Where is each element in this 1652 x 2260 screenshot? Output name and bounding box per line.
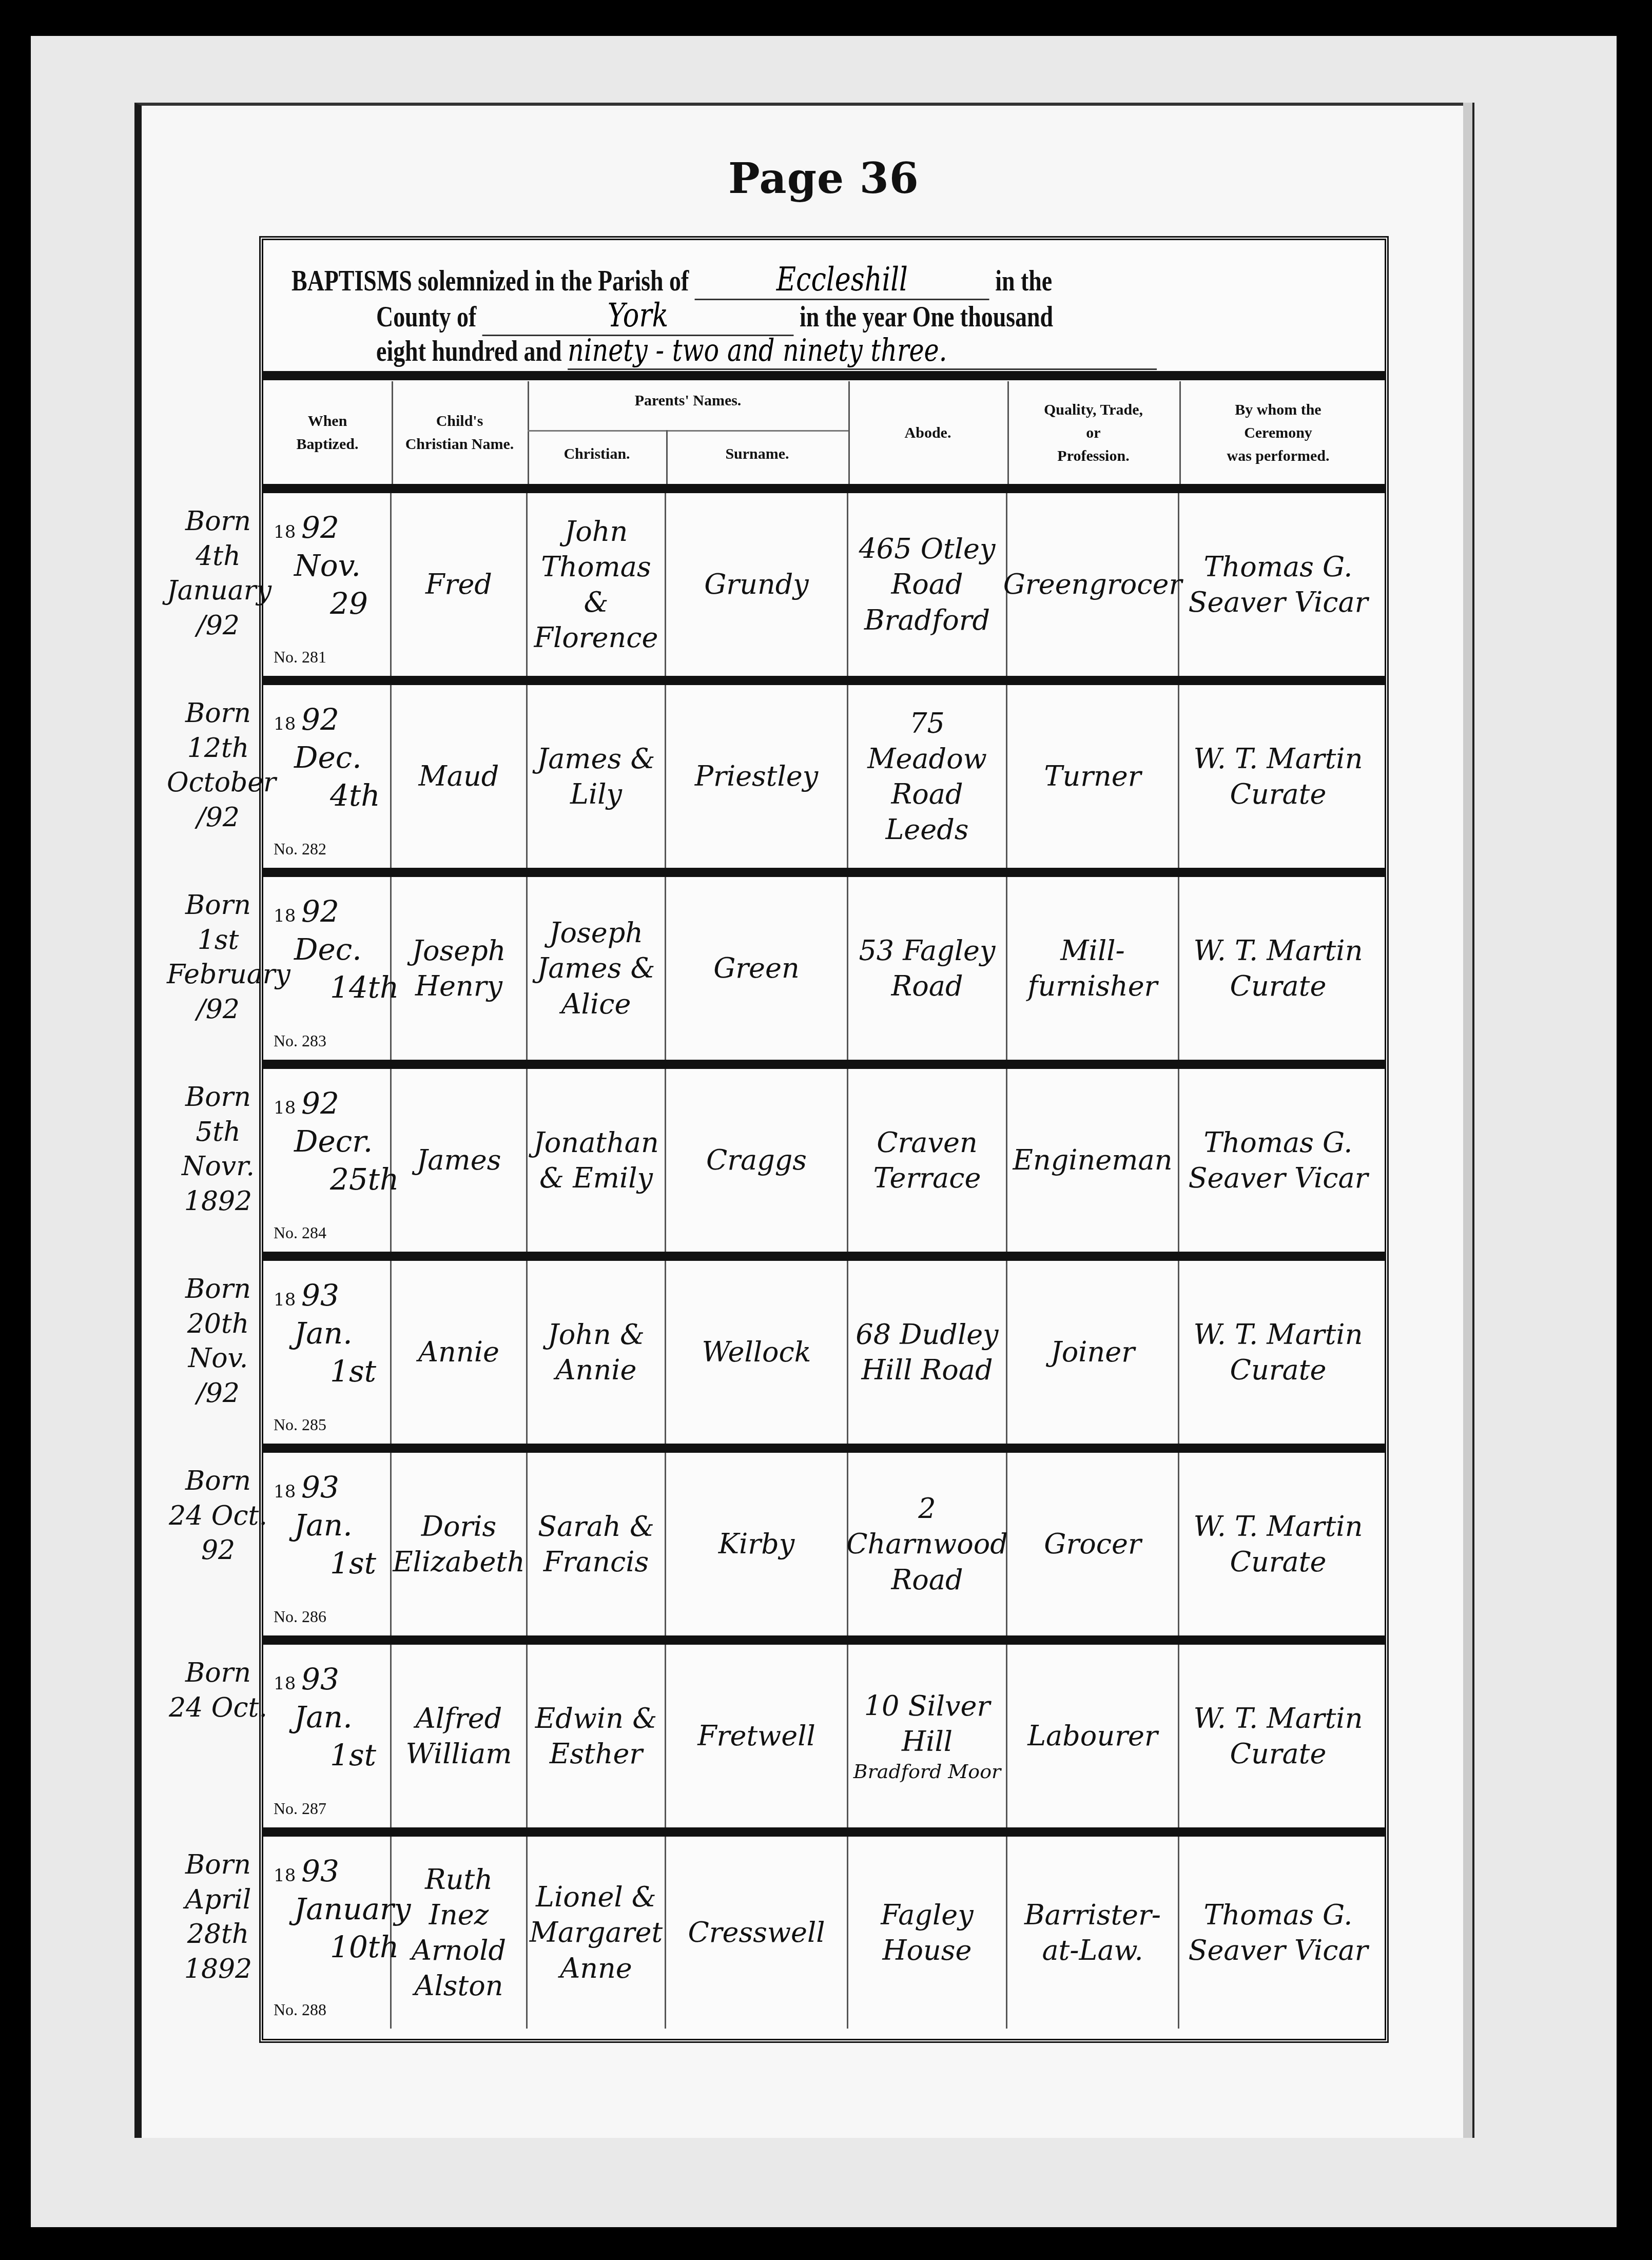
parish-name: Eccleshill	[695, 261, 989, 300]
parents-christian-names: John Thomas & Florence	[532, 514, 660, 655]
cell-trade: Grocer	[1007, 1453, 1179, 1635]
year-suffix: 93	[301, 1278, 339, 1313]
year-prefix: 18	[274, 1673, 296, 1694]
margin-birth-note: Born 24 Oct.	[167, 1656, 269, 1725]
register-entry: 18 92 Decr. 25th No. 284 James Jonathan …	[263, 1069, 1385, 1261]
col-header-text: Christian Name.	[392, 433, 528, 456]
margin-birth-note: Born 5th Novr. 1892	[167, 1080, 269, 1219]
header-label: BAPTISMS solemnized in the Parish of	[291, 265, 689, 297]
child-name: Joseph Henry	[396, 933, 522, 1004]
trade: Engineman	[1013, 1142, 1173, 1178]
child-name: Annie	[418, 1334, 499, 1370]
trade: Labourer	[1027, 1718, 1158, 1754]
parents-christian-names: Edwin & Esther	[532, 1701, 660, 1771]
cell-trade: Joiner	[1007, 1261, 1179, 1444]
cell-abode: 2 Charnwood Road	[848, 1453, 1007, 1635]
register-entry: 18 92 Dec. 4th No. 282 Maud James & Lily…	[263, 685, 1385, 877]
baptism-month: Nov.	[294, 547, 361, 585]
child-name: Fred	[425, 567, 492, 602]
parents-christian-names: Sarah & Francis	[532, 1509, 660, 1580]
col-header-text: Parents' Names.	[528, 389, 848, 412]
abode: Craven Terrace	[852, 1125, 1002, 1196]
cell-trade: Greengrocer	[1007, 493, 1179, 676]
header-label: eight hundred and	[376, 336, 562, 367]
col-header-when-baptized: When Baptized.	[263, 381, 393, 484]
surname: Priestley	[695, 758, 819, 794]
abode: 75 Meadow Road Leeds	[852, 706, 1002, 847]
year-prefix: 18	[274, 1865, 296, 1886]
entry-number: No. 288	[274, 1999, 326, 2020]
trade: Mill-furnisher	[1012, 933, 1174, 1004]
header-line-1: BAPTISMS solemnized in the Parish of Ecc…	[291, 261, 1052, 300]
cell-trade: Engineman	[1007, 1069, 1179, 1252]
col-header-trade: Quality, Trade, or Profession.	[1007, 381, 1181, 484]
cell-parents-christian: Jonathan & Emily	[528, 1069, 666, 1252]
officiant: W. T. Martin Curate	[1183, 1701, 1373, 1771]
margin-birth-note: Born April 28th 1892	[167, 1848, 269, 1986]
page-title: Page 36	[716, 154, 931, 203]
entry-number: No. 284	[274, 1222, 326, 1243]
col-header-text: was performed.	[1179, 444, 1377, 467]
cell-parents-christian: John Thomas & Florence	[528, 493, 666, 676]
cell-abode: 53 Fagley Road	[848, 877, 1007, 1060]
col-header-text: By whom the	[1179, 398, 1377, 421]
officiant: W. T. Martin Curate	[1183, 933, 1373, 1004]
officiant: Thomas G. Seaver Vicar	[1183, 549, 1373, 620]
col-header-text: Baptized.	[263, 433, 392, 456]
col-header-parents-christian: Christian.	[528, 445, 666, 463]
register-entry: 18 93 Jan. 1st No. 285 Annie John & Anni…	[263, 1261, 1385, 1453]
baptism-day: 14th	[330, 968, 399, 1006]
abode: 68 Dudley Hill Road	[852, 1317, 1002, 1388]
trade: Joiner	[1051, 1334, 1135, 1370]
header-label: County of	[376, 301, 476, 333]
trade: Grocer	[1044, 1526, 1141, 1562]
parents-christian-names: James & Lily	[532, 741, 660, 812]
register-entry: 18 93 January 10th No. 288 Ruth Inez Arn…	[263, 1837, 1385, 2029]
baptism-month: Jan.	[294, 1314, 353, 1352]
year-suffix: 93	[301, 1470, 339, 1505]
cell-by-whom: W. T. Martin Curate	[1179, 1453, 1377, 1635]
cell-child-name: Alfred William	[392, 1645, 528, 1827]
cell-abode: 10 Silver Hill Bradford Moor	[848, 1645, 1007, 1827]
cell-child-name: Doris Elizabeth	[392, 1453, 528, 1635]
parents-christian-names: Lionel & Margaret Anne	[530, 1879, 663, 1985]
cell-when-baptized: 18 93 Jan. 1st No. 285	[263, 1261, 392, 1444]
entry-number: No. 281	[274, 647, 326, 668]
cell-abode: Fagley House	[848, 1837, 1007, 2029]
cell-parents-surname: Priestley	[666, 685, 848, 868]
year-suffix: 93	[301, 1662, 339, 1697]
col-header-text: Profession.	[1007, 444, 1179, 467]
entries-list: 18 92 Nov. 29 No. 281 Fred John Thomas &…	[263, 493, 1385, 2030]
cell-when-baptized: 18 92 Decr. 25th No. 284	[263, 1069, 392, 1252]
abode: 465 Otley Road Bradford	[852, 531, 1002, 637]
col-header-parents: Parents' Names.	[528, 381, 850, 484]
margin-birth-note: Born 24 Oct. 92	[167, 1464, 269, 1568]
cell-by-whom: W. T. Martin Curate	[1179, 877, 1377, 1060]
cell-child-name: Maud	[392, 685, 528, 868]
register-entry: 18 92 Nov. 29 No. 281 Fred John Thomas &…	[263, 493, 1385, 685]
col-header-text: Ceremony	[1179, 421, 1377, 444]
col-header-parents-surname: Surname.	[666, 445, 848, 463]
baptism-day: 1st	[330, 1352, 376, 1390]
cell-parents-christian: John & Annie	[528, 1261, 666, 1444]
col-header-by-whom: By whom the Ceremony was performed.	[1179, 381, 1377, 484]
baptism-day: 4th	[330, 776, 380, 814]
header-line-3: eight hundred and ninety - two and ninet…	[376, 333, 1157, 370]
cell-by-whom: Thomas G. Seaver Vicar	[1179, 493, 1377, 676]
trade: Barrister-at-Law.	[1012, 1897, 1174, 1968]
officiant: W. T. Martin Curate	[1183, 1509, 1373, 1580]
surname: Fretwell	[697, 1718, 815, 1754]
surname: Wellock	[702, 1334, 811, 1370]
year-text: ninety - two and ninety three.	[568, 333, 1157, 370]
baptism-year: 18 92	[274, 892, 339, 930]
cell-trade: Mill-furnisher	[1007, 877, 1179, 1060]
cell-parents-surname: Grundy	[666, 493, 848, 676]
baptism-day: 29	[330, 585, 368, 622]
year-prefix: 18	[274, 714, 296, 734]
margin-birth-note: Born 4th January /92	[167, 504, 269, 643]
baptism-year: 18 93	[274, 1660, 339, 1698]
surname: Cresswell	[688, 1915, 825, 1950]
col-header-text: Abode.	[848, 421, 1007, 444]
baptism-year: 18 93	[274, 1852, 339, 1890]
trade: Turner	[1044, 758, 1141, 794]
cell-parents-surname: Kirby	[666, 1453, 848, 1635]
baptism-month: Jan.	[294, 1698, 353, 1736]
year-prefix: 18	[274, 1290, 296, 1310]
cell-trade: Turner	[1007, 685, 1179, 868]
baptism-day: 10th	[330, 1928, 399, 1966]
cell-parents-surname: Wellock	[666, 1261, 848, 1444]
cell-parents-surname: Cresswell	[666, 1837, 848, 2029]
year-suffix: 92	[301, 894, 339, 929]
col-header-child-name: Child's Christian Name.	[392, 381, 529, 484]
surname: Grundy	[704, 567, 809, 602]
cell-trade: Barrister-at-Law.	[1007, 1837, 1179, 2029]
cell-abode: Craven Terrace	[848, 1069, 1007, 1252]
trade: Greengrocer	[1003, 567, 1182, 602]
entry-number: No. 285	[274, 1414, 326, 1435]
entry-number: No. 282	[274, 839, 326, 860]
surname: Craggs	[706, 1142, 807, 1178]
parents-christian-names: John & Annie	[532, 1317, 660, 1388]
child-name: Alfred William	[396, 1701, 522, 1771]
col-header-text: Quality, Trade,	[1007, 398, 1179, 421]
child-name: Doris Elizabeth	[393, 1509, 525, 1580]
parents-christian-names: Joseph James & Alice	[532, 915, 660, 1021]
cell-parents-surname: Craggs	[666, 1069, 848, 1252]
cell-parents-christian: Lionel & Margaret Anne	[528, 1837, 666, 2029]
margin-birth-note: Born 1st February /92	[167, 888, 269, 1027]
cell-by-whom: W. T. Martin Curate	[1179, 685, 1377, 868]
baptism-day: 25th	[330, 1160, 399, 1198]
cell-parents-surname: Fretwell	[666, 1645, 848, 1827]
officiant: Thomas G. Seaver Vicar	[1183, 1125, 1373, 1196]
cell-when-baptized: 18 93 January 10th No. 288	[263, 1837, 392, 2029]
year-suffix: 92	[301, 702, 339, 737]
surname: Green	[713, 950, 800, 986]
cell-abode: 75 Meadow Road Leeds	[848, 685, 1007, 868]
year-suffix: 92	[301, 1086, 339, 1121]
entry-number: No. 287	[274, 1798, 326, 1819]
child-name: Maud	[419, 758, 499, 794]
baptism-month: Dec.	[294, 738, 362, 776]
cell-parents-surname: Green	[666, 877, 848, 1060]
abode: 53 Fagley Road	[852, 933, 1002, 1004]
year-suffix: 92	[301, 510, 339, 545]
entry-number: No. 286	[274, 1606, 326, 1627]
officiant: Thomas G. Seaver Vicar	[1183, 1897, 1373, 1968]
margin-birth-note: Born 20th Nov. /92	[167, 1272, 269, 1411]
cell-child-name: Joseph Henry	[392, 877, 528, 1060]
col-header-text: or	[1007, 421, 1179, 444]
parents-christian-names: Jonathan & Emily	[532, 1125, 660, 1196]
baptism-month: Dec.	[294, 930, 362, 968]
cell-by-whom: Thomas G. Seaver Vicar	[1179, 1069, 1377, 1252]
register-entry: 18 93 Jan. 1st No. 287 Alfred William Ed…	[263, 1645, 1385, 1837]
header-label: in the	[995, 265, 1052, 297]
cell-parents-christian: Joseph James & Alice	[528, 877, 666, 1060]
cell-child-name: Fred	[392, 493, 528, 676]
surname: Kirby	[718, 1526, 795, 1562]
cell-child-name: James	[392, 1069, 528, 1252]
header-label: in the year One thousand	[800, 301, 1053, 333]
abode: 10 Silver Hill	[852, 1688, 1002, 1759]
county-name: York	[482, 297, 794, 336]
margin-birth-note: Born 12th October /92	[167, 696, 269, 835]
header-rule	[263, 371, 1385, 380]
year-prefix: 18	[274, 906, 296, 926]
baptism-year: 18 92	[274, 1084, 339, 1122]
officiant: W. T. Martin Curate	[1183, 741, 1373, 812]
register-entry: 18 92 Dec. 14th No. 283 Joseph Henry Jos…	[263, 877, 1385, 1069]
year-suffix: 93	[301, 1854, 339, 1888]
register-entry: 18 93 Jan. 1st No. 286 Doris Elizabeth S…	[263, 1453, 1385, 1645]
baptism-year: 18 92	[274, 509, 339, 547]
baptism-year: 18 93	[274, 1468, 339, 1506]
cell-when-baptized: 18 92 Dec. 4th No. 282	[263, 685, 392, 868]
cell-abode: 465 Otley Road Bradford	[848, 493, 1007, 676]
cell-parents-christian: James & Lily	[528, 685, 666, 868]
abode-detail: Bradford Moor	[853, 1759, 1001, 1784]
baptism-month: Decr.	[294, 1122, 373, 1160]
abode: Fagley House	[852, 1897, 1002, 1968]
abode: 2 Charnwood Road	[846, 1491, 1008, 1597]
baptism-register-form: BAPTISMS solemnized in the Parish of Ecc…	[259, 236, 1389, 2043]
cell-by-whom: Thomas G. Seaver Vicar	[1179, 1837, 1377, 2029]
cell-by-whom: W. T. Martin Curate	[1179, 1645, 1377, 1827]
year-prefix: 18	[274, 1098, 296, 1118]
col-header-text: Child's	[392, 410, 528, 433]
col-header-abode: Abode.	[848, 381, 1009, 484]
col-header-text: When	[263, 410, 392, 433]
cell-child-name: Ruth Inez Arnold Alston	[392, 1837, 528, 2029]
parents-subdivider	[528, 430, 848, 432]
cell-abode: 68 Dudley Hill Road	[848, 1261, 1007, 1444]
entry-number: No. 283	[274, 1030, 326, 1051]
officiant: W. T. Martin Curate	[1183, 1317, 1373, 1388]
cell-when-baptized: 18 93 Jan. 1st No. 286	[263, 1453, 392, 1635]
cell-parents-christian: Sarah & Francis	[528, 1453, 666, 1635]
column-header-rule	[263, 484, 1385, 493]
cell-by-whom: W. T. Martin Curate	[1179, 1261, 1377, 1444]
year-prefix: 18	[274, 522, 296, 542]
child-name: James	[417, 1142, 501, 1178]
child-name: Ruth Inez Arnold Alston	[396, 1862, 522, 2003]
baptism-month: Jan.	[294, 1506, 353, 1544]
cell-child-name: Annie	[392, 1261, 528, 1444]
cell-when-baptized: 18 92 Nov. 29 No. 281	[263, 493, 392, 676]
cell-trade: Labourer	[1007, 1645, 1179, 1827]
year-prefix: 18	[274, 1482, 296, 1502]
cell-when-baptized: 18 93 Jan. 1st No. 287	[263, 1645, 392, 1827]
cell-parents-christian: Edwin & Esther	[528, 1645, 666, 1827]
baptism-day: 1st	[330, 1544, 376, 1582]
header-line-2: County of York in the year One thousand	[376, 297, 1053, 336]
baptism-day: 1st	[330, 1736, 376, 1774]
baptism-year: 18 92	[274, 700, 339, 738]
baptism-year: 18 93	[274, 1276, 339, 1314]
